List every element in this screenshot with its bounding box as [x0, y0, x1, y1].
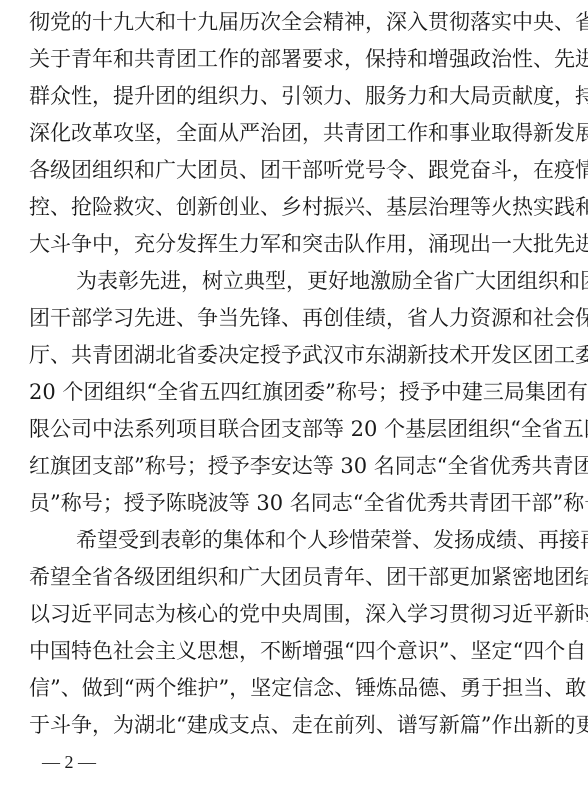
text-line: 于斗争，为湖北“建成支点、走在前列、谱写新篇”作出新的更: [29, 710, 547, 740]
text-line: 信”、做到“两个维护”，坚定信念、锤炼品德、勇于担当、敢: [29, 673, 547, 703]
text-line: 希望受到表彰的集体和个人珍惜荣誉、发扬成绩、再接再厉。: [76, 525, 547, 555]
text-line: 各级团组织和广大团员、团干部听党号令、跟党奋斗，在疫情防: [29, 155, 547, 185]
document-page: 彻党的十九大和十九届历次全会精神，深入贯彻落实中央、省委 关于青年和共青团工作的…: [0, 0, 588, 788]
text-line: 深化改革攻坚，全面从严治团，共青团工作和事业取得新发展。: [29, 118, 547, 148]
text-line: 红旗团支部”称号；授予李安达等 30 名同志“全省优秀共青团: [29, 451, 547, 481]
text-line: 群众性，提升团的组织力、引领力、服务力和大局贡献度，持续: [29, 81, 547, 111]
text-line: 大斗争中，充分发挥生力军和突击队作用，涌现出一大批先进典型。: [29, 229, 547, 259]
text-line: 厅、共青团湖北省委决定授予武汉市东湖新技术开发区团工委等: [29, 340, 547, 370]
text-line: 团干部学习先进、争当先锋、再创佳绩，省人力资源和社会保障: [29, 303, 547, 333]
text-line: 中国特色社会主义思想，不断增强“四个意识”、坚定“四个自: [29, 636, 547, 666]
page-number: — 2 —: [42, 752, 96, 773]
text-line: 20 个团组织“全省五四红旗团委”称号；授予中建三局集团有: [29, 377, 547, 407]
text-line: 希望全省各级团组织和广大团员青年、团干部更加紧密地团结在: [29, 562, 547, 592]
text-line: 彻党的十九大和十九届历次全会精神，深入贯彻落实中央、省委: [29, 7, 547, 37]
text-line: 限公司中法系列项目联合团支部等 20 个基层团组织“全省五四: [29, 414, 547, 444]
text-line: 控、抢险救灾、创新创业、乡村振兴、基层治理等火热实践和重: [29, 192, 547, 222]
text-line: 以习近平同志为核心的党中央周围，深入学习贯彻习近平新时代: [29, 599, 547, 629]
text-line: 为表彰先进，树立典型，更好地激励全省广大团组织和团员、: [76, 266, 547, 296]
text-line: 关于青年和共青团工作的部署要求，保持和增强政治性、先进性、: [29, 44, 547, 74]
text-line: 员”称号；授予陈晓波等 30 名同志“全省优秀共青团干部”称号。: [29, 488, 547, 518]
